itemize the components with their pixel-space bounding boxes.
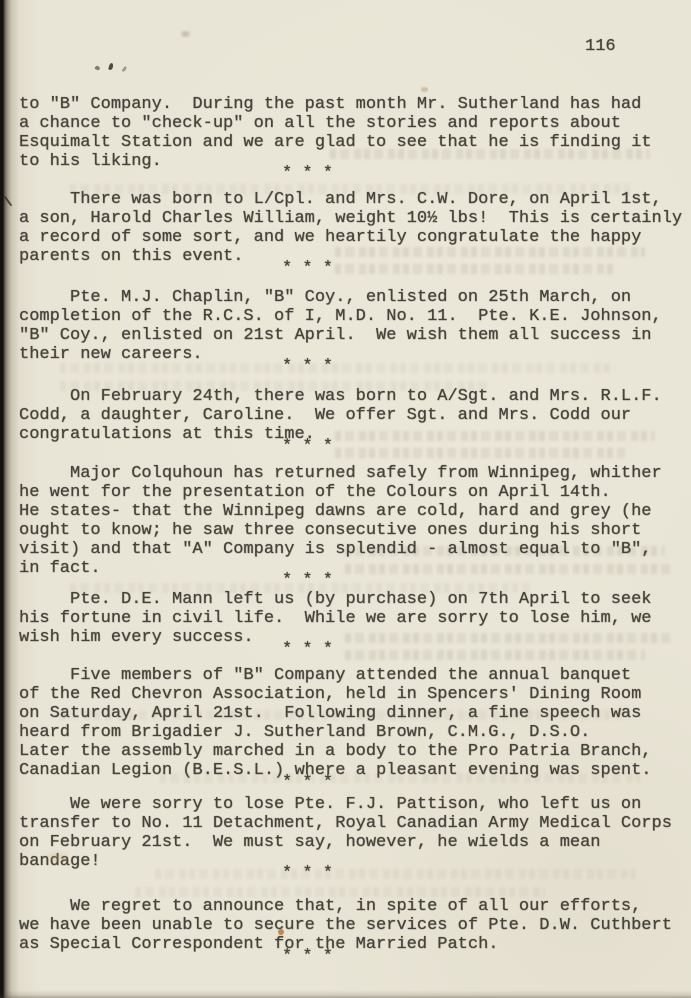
section-separator: * * *	[282, 864, 691, 883]
paragraph: Major Colquhoun has returned safely from…	[19, 464, 691, 590]
section-separator: * * *	[282, 259, 691, 278]
section-separator: * * *	[282, 357, 691, 376]
bleedthrough-ghost-line	[135, 887, 545, 897]
paragraph: On February 24th, there was born to A/Sg…	[19, 387, 691, 456]
section-separator: * * *	[282, 164, 691, 183]
section-separator: * * *	[282, 640, 691, 659]
paragraph-text: There was born to L/Cpl. and Mrs. C.W. D…	[19, 190, 691, 266]
paragraph-text: We regret to announce that, in spite of …	[19, 897, 691, 954]
paragraph: Pte. D.E. Mann left us (by purchase) on …	[19, 590, 691, 659]
paragraph: We were sorry to lose Pte. F.J. Pattison…	[19, 795, 691, 883]
paper-stain	[421, 87, 428, 92]
pencil-marks	[95, 63, 131, 75]
paragraph-text: Pte. D.E. Mann left us (by purchase) on …	[19, 590, 691, 647]
paragraph-text: On February 24th, there was born to A/Sg…	[19, 387, 691, 444]
section-separator: * * *	[282, 437, 691, 456]
margin-mark	[4, 196, 13, 207]
paragraph-text: Major Colquhoun has returned safely from…	[19, 464, 691, 578]
paragraph: to "B" Company. During the past month Mr…	[19, 95, 691, 183]
paragraph-text: Five members of "B" Company attended the…	[19, 666, 691, 780]
paragraph-text: We were sorry to lose Pte. F.J. Pattison…	[19, 795, 691, 871]
scanned-newsletter-page: 116 to "B" Company. During the past mont…	[0, 0, 691, 998]
paragraph-text: to "B" Company. During the past month Mr…	[19, 95, 691, 171]
page-number: 116	[585, 37, 616, 56]
paragraph: We regret to announce that, in spite of …	[19, 897, 691, 966]
paragraph: There was born to L/Cpl. and Mrs. C.W. D…	[19, 190, 691, 278]
paragraph-text: Pte. M.J. Chaplin, "B" Coy., enlisted on…	[19, 288, 691, 364]
section-separator: * * *	[282, 571, 691, 590]
paragraph: Pte. M.J. Chaplin, "B" Coy., enlisted on…	[19, 288, 691, 376]
paragraph: Five members of "B" Company attended the…	[19, 666, 691, 792]
paper-stain	[181, 31, 190, 37]
